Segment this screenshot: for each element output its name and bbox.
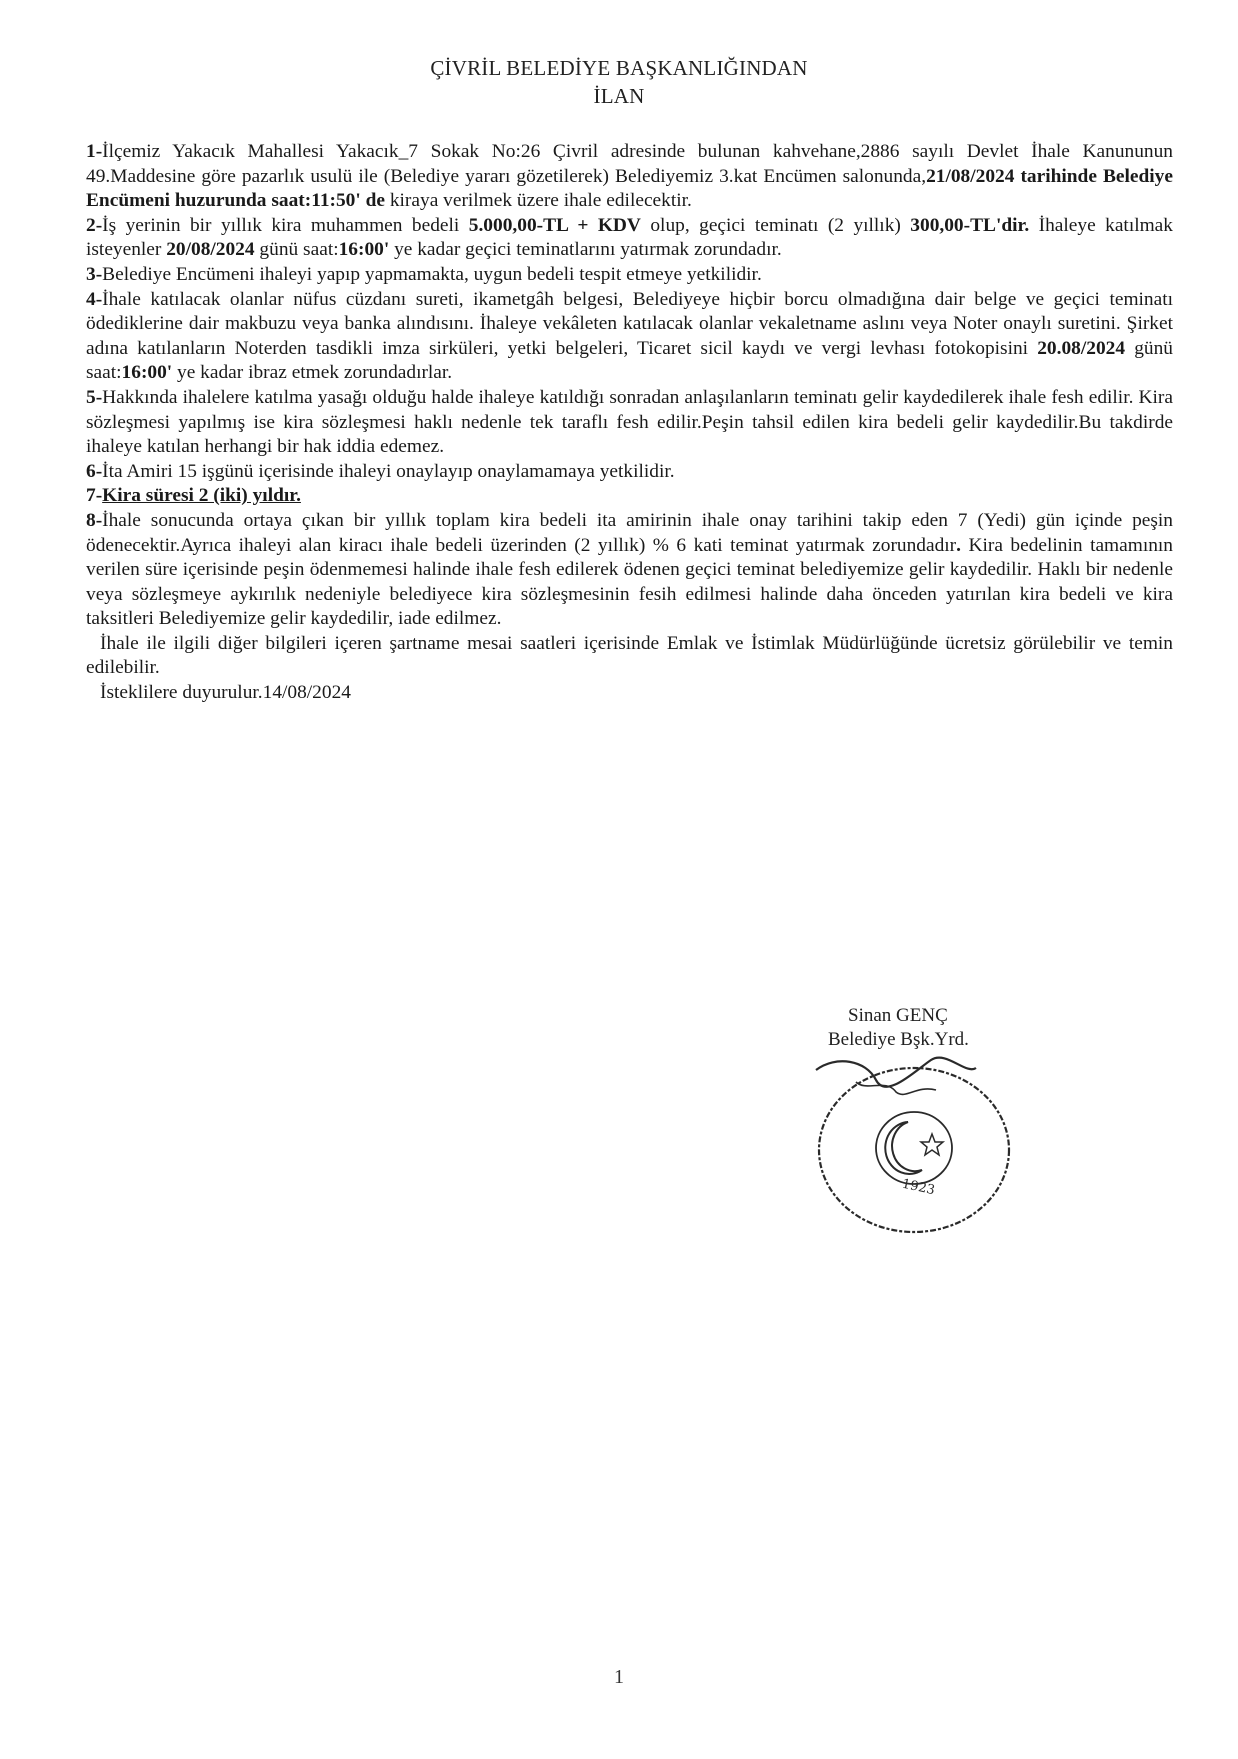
- emphasized-text: 16:00': [339, 239, 390, 260]
- clause-text: İş yerinin bir yıllık kira muhammen bede…: [102, 215, 469, 236]
- emphasized-text: Kira süresi 2 (iki) yıldır.: [102, 485, 301, 506]
- clause-text: İhale katılacak olanlar nüfus cüzdanı su…: [86, 289, 1173, 359]
- clause-text: İta Amiri 15 işgünü içerisinde ihaleyi o…: [102, 461, 674, 482]
- clause-text: kiraya verilmek üzere ihale edilecektir.: [385, 190, 692, 211]
- clause-number: 5-: [86, 387, 102, 408]
- clause-number: 2-: [86, 215, 102, 236]
- clause-list: 1-İlçemiz Yakacık Mahallesi Yakacık_7 So…: [86, 140, 1173, 632]
- emphasized-text: 20.08/2024: [1037, 338, 1125, 359]
- clause-text: günü saat:: [255, 239, 339, 260]
- notice-body: 1-İlçemiz Yakacık Mahallesi Yakacık_7 So…: [86, 140, 1173, 706]
- notice-heading: İLAN: [0, 84, 1238, 109]
- emphasized-text: 5.000,00-TL + KDV: [469, 215, 641, 236]
- clause-number: 6-: [86, 461, 102, 482]
- clause-2: 2-İş yerinin bir yıllık kira muhammen be…: [86, 214, 1173, 263]
- clause-text: olup, geçici teminatı (2 yıllık): [641, 215, 910, 236]
- clause-text: Hakkında ihalelere katılma yasağı olduğu…: [86, 387, 1173, 457]
- clause-text: Belediye Encümeni ihaleyi yapıp yapmamak…: [102, 264, 762, 285]
- signatory-name: Sinan GENÇ: [806, 1004, 1066, 1028]
- page-number: 1: [0, 1666, 1238, 1689]
- emphasized-text: 16:00': [122, 362, 173, 383]
- emphasized-text: 20/08/2024: [166, 239, 254, 260]
- announcement-line: İsteklilere duyurulur.14/08/2024: [86, 681, 1173, 706]
- document-page: ÇİVRİL BELEDİYE BAŞKANLIĞINDAN İLAN 1-İl…: [0, 0, 1238, 1759]
- specification-note: İhale ile ilgili diğer bilgileri içeren …: [86, 632, 1173, 681]
- clause-5: 5-Hakkında ihalelere katılma yasağı oldu…: [86, 386, 1173, 460]
- clause-8: 8-İhale sonucunda ortaya çıkan bir yıllı…: [86, 509, 1173, 632]
- clause-text: ye kadar ibraz etmek zorundadırlar.: [172, 362, 452, 383]
- municipal-seal-icon: 1923: [796, 1030, 1026, 1240]
- clause-text: ye kadar geçici teminatlarını yatırmak z…: [389, 239, 782, 260]
- clause-number: 4-: [86, 289, 102, 310]
- clause-4: 4-İhale katılacak olanlar nüfus cüzdanı …: [86, 288, 1173, 386]
- clause-number: 1-: [86, 141, 102, 162]
- clause-3: 3-Belediye Encümeni ihaleyi yapıp yapmam…: [86, 263, 1173, 288]
- clause-number: 8-: [86, 510, 102, 531]
- emphasized-text: 300,00-TL'dir.: [910, 215, 1029, 236]
- clause-number: 3-: [86, 264, 102, 285]
- clause-1: 1-İlçemiz Yakacık Mahallesi Yakacık_7 So…: [86, 140, 1173, 214]
- clause-6: 6-İta Amiri 15 işgünü içerisinde ihaleyi…: [86, 460, 1173, 485]
- clause-number: 7-: [86, 485, 102, 506]
- issuer-heading: ÇİVRİL BELEDİYE BAŞKANLIĞINDAN: [0, 56, 1238, 81]
- clause-7: 7-Kira süresi 2 (iki) yıldır.: [86, 484, 1173, 509]
